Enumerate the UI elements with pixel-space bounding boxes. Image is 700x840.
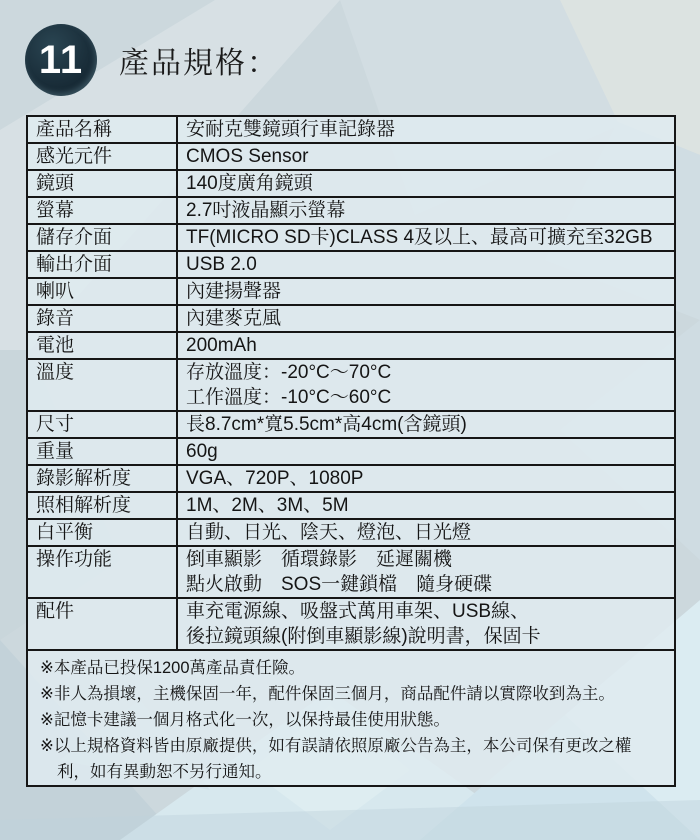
spec-label: 喇叭 bbox=[28, 279, 178, 304]
spec-value-line: CMOS Sensor bbox=[186, 144, 666, 169]
spec-value: 60g bbox=[178, 439, 674, 464]
spec-row: 尺寸長8.7cm*寬5.5cm*高4cm(含鏡頭) bbox=[28, 412, 674, 439]
spec-row: 重量60g bbox=[28, 439, 674, 466]
spec-value-line: 內建揚聲器 bbox=[186, 279, 666, 304]
spec-label: 產品名稱 bbox=[28, 117, 178, 142]
spec-row: 喇叭內建揚聲器 bbox=[28, 279, 674, 306]
spec-label: 螢幕 bbox=[28, 198, 178, 223]
spec-value: USB 2.0 bbox=[178, 252, 674, 277]
spec-rows: 產品名稱安耐克雙鏡頭行車記錄器感光元件CMOS Sensor鏡頭140度廣角鏡頭… bbox=[28, 117, 674, 651]
spec-value: 1M、2M、3M、5M bbox=[178, 493, 674, 518]
spec-value: TF(MICRO SD卡)CLASS 4及以上、最高可擴充至32GB bbox=[178, 225, 674, 250]
spec-value: 內建麥克風 bbox=[178, 306, 674, 331]
spec-value: 140度廣角鏡頭 bbox=[178, 171, 674, 196]
spec-row: 錄音內建麥克風 bbox=[28, 306, 674, 333]
spec-row: 照相解析度1M、2M、3M、5M bbox=[28, 493, 674, 520]
spec-value-line: 長8.7cm*寬5.5cm*高4cm(含鏡頭) bbox=[186, 412, 666, 437]
spec-row: 感光元件CMOS Sensor bbox=[28, 144, 674, 171]
spec-row: 儲存介面TF(MICRO SD卡)CLASS 4及以上、最高可擴充至32GB bbox=[28, 225, 674, 252]
note: ※記憶卡建議一個月格式化一次，以保持最佳使用狀態。 bbox=[40, 707, 662, 733]
spec-value-line: 200mAh bbox=[186, 333, 666, 358]
spec-label: 重量 bbox=[28, 439, 178, 464]
spec-value-line: 後拉鏡頭線(附倒車顯影線)說明書，保固卡 bbox=[186, 624, 666, 649]
spec-row: 鏡頭140度廣角鏡頭 bbox=[28, 171, 674, 198]
page-title: 產品規格： bbox=[119, 38, 279, 82]
spec-value-line: 2.7吋液晶顯示螢幕 bbox=[186, 198, 666, 223]
spec-value-line: 1M、2M、3M、5M bbox=[186, 493, 666, 518]
spec-value: 長8.7cm*寬5.5cm*高4cm(含鏡頭) bbox=[178, 412, 674, 437]
note: ※以上規格資料皆由原廠提供，如有誤請依照原廠公告為主，本公司保有更改之權利，如有… bbox=[40, 733, 662, 785]
spec-label: 溫度 bbox=[28, 360, 178, 410]
spec-value-line: 60g bbox=[186, 439, 666, 464]
spec-label: 錄音 bbox=[28, 306, 178, 331]
spec-value: VGA、720P、1080P bbox=[178, 466, 674, 491]
spec-value-line: 車充電源線、吸盤式萬用車架、USB線、 bbox=[186, 599, 666, 624]
spec-label: 感光元件 bbox=[28, 144, 178, 169]
spec-value-line: 安耐克雙鏡頭行車記錄器 bbox=[186, 117, 666, 142]
spec-value: 倒車顯影 循環錄影 延遲關機點火啟動 SOS一鍵鎖檔 隨身硬碟 bbox=[178, 547, 674, 597]
spec-value-line: 工作溫度：-10°C～60°C bbox=[186, 385, 666, 410]
spec-value: 存放溫度：-20°C～70°C工作溫度：-10°C～60°C bbox=[178, 360, 674, 410]
spec-value: CMOS Sensor bbox=[178, 144, 674, 169]
spec-row: 白平衡自動、日光、陰天、燈泡、日光燈 bbox=[28, 520, 674, 547]
spec-table: 產品名稱安耐克雙鏡頭行車記錄器感光元件CMOS Sensor鏡頭140度廣角鏡頭… bbox=[26, 115, 676, 787]
spec-value-line: 點火啟動 SOS一鍵鎖檔 隨身硬碟 bbox=[186, 572, 666, 597]
spec-notes: ※本產品已投保1200萬產品責任險。※非人為損壞，主機保固一年，配件保固三個月，… bbox=[28, 651, 674, 785]
spec-value-line: VGA、720P、1080P bbox=[186, 466, 666, 491]
spec-value-line: TF(MICRO SD卡)CLASS 4及以上、最高可擴充至32GB bbox=[186, 225, 666, 250]
spec-row: 產品名稱安耐克雙鏡頭行車記錄器 bbox=[28, 117, 674, 144]
spec-row: 輸出介面USB 2.0 bbox=[28, 252, 674, 279]
spec-row: 溫度存放溫度：-20°C～70°C工作溫度：-10°C～60°C bbox=[28, 360, 674, 412]
spec-value-line: USB 2.0 bbox=[186, 252, 666, 277]
note: ※非人為損壞，主機保固一年，配件保固三個月，商品配件請以實際收到為主。 bbox=[40, 681, 662, 707]
spec-value-line: 內建麥克風 bbox=[186, 306, 666, 331]
spec-row: 配件車充電源線、吸盤式萬用車架、USB線、後拉鏡頭線(附倒車顯影線)說明書，保固… bbox=[28, 599, 674, 651]
spec-value: 自動、日光、陰天、燈泡、日光燈 bbox=[178, 520, 674, 545]
spec-value: 2.7吋液晶顯示螢幕 bbox=[178, 198, 674, 223]
spec-value-line: 自動、日光、陰天、燈泡、日光燈 bbox=[186, 520, 666, 545]
spec-label: 操作功能 bbox=[28, 547, 178, 597]
spec-row: 電池200mAh bbox=[28, 333, 674, 360]
spec-label: 儲存介面 bbox=[28, 225, 178, 250]
spec-value: 內建揚聲器 bbox=[178, 279, 674, 304]
section-number: 11 bbox=[39, 40, 83, 80]
spec-value: 200mAh bbox=[178, 333, 674, 358]
spec-label: 錄影解析度 bbox=[28, 466, 178, 491]
spec-label: 電池 bbox=[28, 333, 178, 358]
spec-value: 車充電源線、吸盤式萬用車架、USB線、後拉鏡頭線(附倒車顯影線)說明書，保固卡 bbox=[178, 599, 674, 649]
spec-value-line: 140度廣角鏡頭 bbox=[186, 171, 666, 196]
spec-label: 照相解析度 bbox=[28, 493, 178, 518]
spec-label: 配件 bbox=[28, 599, 178, 649]
section-number-badge: 11 bbox=[25, 24, 97, 96]
spec-label: 白平衡 bbox=[28, 520, 178, 545]
spec-row: 操作功能倒車顯影 循環錄影 延遲關機點火啟動 SOS一鍵鎖檔 隨身硬碟 bbox=[28, 547, 674, 599]
spec-value: 安耐克雙鏡頭行車記錄器 bbox=[178, 117, 674, 142]
spec-row: 螢幕2.7吋液晶顯示螢幕 bbox=[28, 198, 674, 225]
spec-value-line: 存放溫度：-20°C～70°C bbox=[186, 360, 666, 385]
note: ※本產品已投保1200萬產品責任險。 bbox=[40, 655, 662, 681]
spec-label: 尺寸 bbox=[28, 412, 178, 437]
spec-value-line: 倒車顯影 循環錄影 延遲關機 bbox=[186, 547, 666, 572]
spec-row: 錄影解析度VGA、720P、1080P bbox=[28, 466, 674, 493]
header: 11 產品規格： bbox=[25, 24, 279, 96]
spec-label: 輸出介面 bbox=[28, 252, 178, 277]
spec-label: 鏡頭 bbox=[28, 171, 178, 196]
